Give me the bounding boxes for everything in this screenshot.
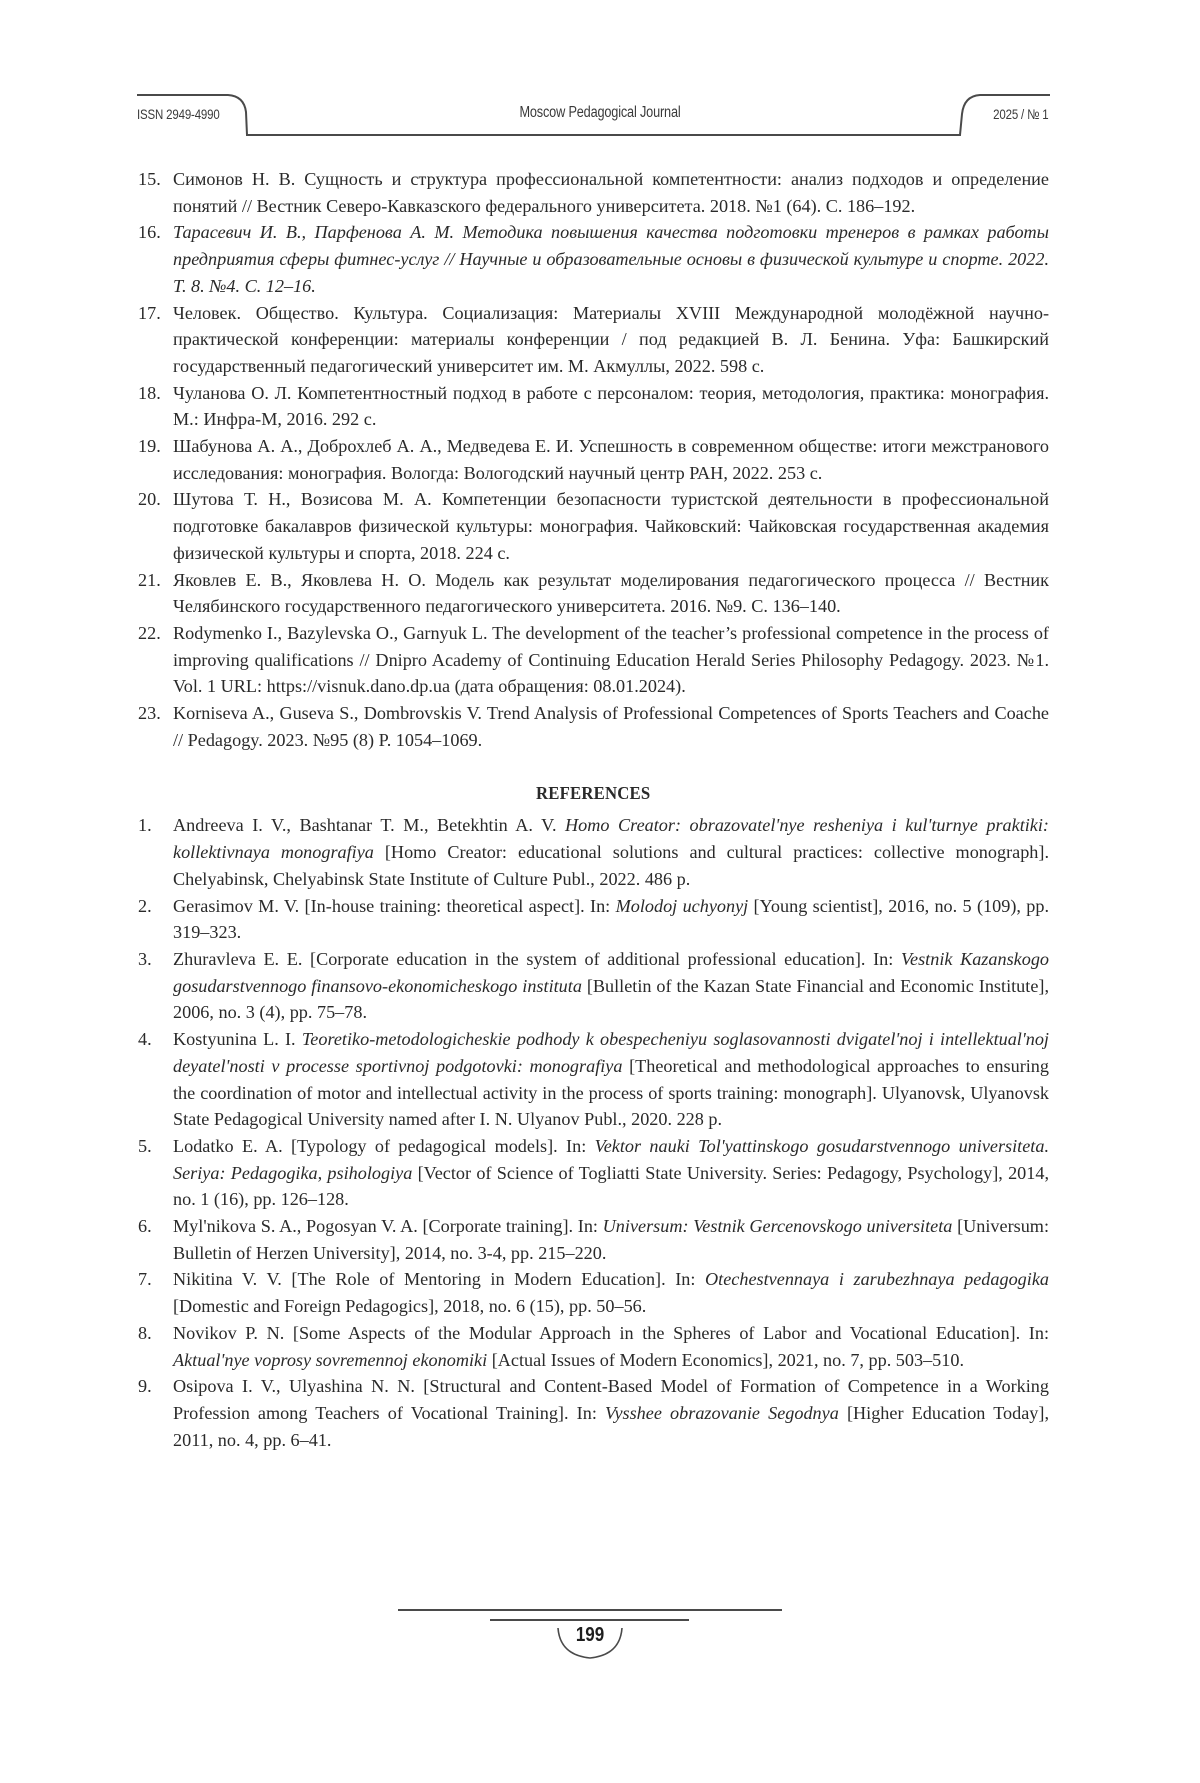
reference-number: 23.: [138, 700, 161, 727]
bibliography: 15.Симонов Н. В. Сущность и структура пр…: [138, 166, 1049, 1453]
reference-number: 21.: [138, 567, 161, 594]
bibliography-list-russian: 15.Симонов Н. В. Сущность и структура пр…: [138, 166, 1049, 753]
reference-number: 3.: [138, 946, 152, 973]
reference-text: Чуланова О. Л. Компетентностный подход в…: [173, 383, 1049, 430]
reference-item: 16.Тарасевич И. В., Парфенова А. М. Мето…: [138, 219, 1049, 299]
reference-title-italic: Vysshee obrazovanie Segodnya: [605, 1403, 839, 1423]
journal-title: Moscow Pedagogical Journal: [519, 104, 680, 122]
reference-text: Andreeva I. V., Bashtanar T. M., Betekht…: [173, 815, 565, 835]
reference-item: 7.Nikitina V. V. [The Role of Mentoring …: [138, 1266, 1049, 1319]
reference-text: Шутова Т. Н., Возисова М. А. Компетенции…: [173, 489, 1049, 562]
references-list-english: 1.Andreeva I. V., Bashtanar T. M., Betek…: [138, 812, 1049, 1453]
issue-label: 2025 / № 1: [994, 106, 1049, 122]
reference-text: Rodymenko I., Bazylevska O., Garnyuk L. …: [173, 623, 1049, 696]
reference-item: 22.Rodymenko I., Bazylevska O., Garnyuk …: [138, 620, 1049, 700]
reference-item: 3.Zhuravleva E. E. [Corporate education …: [138, 946, 1049, 1026]
references-heading: REFERENCES: [138, 774, 1049, 812]
header-rule: [0, 0, 1200, 160]
reference-number: 22.: [138, 620, 161, 647]
reference-item: 9.Osipova I. V., Ulyashina N. N. [Struct…: [138, 1373, 1049, 1453]
reference-item: 20.Шутова Т. Н., Возисова М. А. Компетен…: [138, 486, 1049, 566]
references-heading-text: REFERENCES: [536, 774, 650, 812]
journal-page: ISSN 2949-4990 Moscow Pedagogical Journa…: [0, 0, 1200, 1783]
reference-item: 4.Kostyunina L. I. Teoretiko-metodologic…: [138, 1026, 1049, 1133]
reference-title-italic: Тарасевич И. В., Парфенова А. М. Методик…: [173, 222, 1049, 295]
reference-item: 18.Чуланова О. Л. Компетентностный подхо…: [138, 380, 1049, 433]
reference-item: 8.Novikov P. N. [Some Aspects of the Mod…: [138, 1320, 1049, 1373]
reference-item: 2.Gerasimov M. V. [In-house training: th…: [138, 893, 1049, 946]
reference-text: Симонов Н. В. Сущность и структура профе…: [173, 169, 1049, 216]
reference-number: 20.: [138, 486, 161, 513]
reference-item: 15.Симонов Н. В. Сущность и структура пр…: [138, 166, 1049, 219]
reference-text: [Domestic and Foreign Pedagogics], 2018,…: [173, 1296, 646, 1316]
issn-label: ISSN 2949-4990: [137, 106, 220, 122]
reference-number: 15.: [138, 166, 161, 193]
reference-text: Zhuravleva E. E. [Corporate education in…: [173, 949, 901, 969]
reference-number: 7.: [138, 1266, 152, 1293]
page-number: 199: [576, 1624, 604, 1647]
reference-text: Myl'nikova S. A., Pogosyan V. A. [Corpor…: [173, 1216, 603, 1236]
reference-number: 9.: [138, 1373, 152, 1400]
reference-text: Kostyunina L. I.: [173, 1029, 302, 1049]
reference-number: 6.: [138, 1213, 152, 1240]
reference-item: 21.Яковлев Е. В., Яковлева Н. О. Модель …: [138, 567, 1049, 620]
reference-number: 18.: [138, 380, 161, 407]
reference-number: 4.: [138, 1026, 152, 1053]
reference-title-italic: Molodoj uchyonyj: [616, 896, 749, 916]
reference-text: Lodatko E. A. [Typology of pedagogical m…: [173, 1136, 595, 1156]
reference-item: 19.Шабунова А. А., Доброхлеб А. А., Медв…: [138, 433, 1049, 486]
reference-item: 17.Человек. Общество. Культура. Социализ…: [138, 300, 1049, 380]
reference-number: 5.: [138, 1133, 152, 1160]
reference-text: Шабунова А. А., Доброхлеб А. А., Медведе…: [173, 436, 1049, 483]
reference-number: 19.: [138, 433, 161, 460]
reference-number: 8.: [138, 1320, 152, 1347]
reference-title-italic: Universum: Vestnik Gercenovskogo univers…: [603, 1216, 953, 1236]
reference-text: Novikov P. N. [Some Aspects of the Modul…: [173, 1323, 1049, 1343]
reference-number: 17.: [138, 300, 161, 327]
reference-title-italic: Aktual'nye voprosy sovremennoj ekonomiki: [173, 1350, 487, 1370]
reference-text: [Actual Issues of Modern Economics], 202…: [487, 1350, 964, 1370]
reference-text: Nikitina V. V. [The Role of Mentoring in…: [173, 1269, 705, 1289]
reference-item: 23.Korniseva A., Guseva S., Dombrovskis …: [138, 700, 1049, 753]
reference-text: Gerasimov M. V. [In-house training: theo…: [173, 896, 616, 916]
reference-number: 2.: [138, 893, 152, 920]
reference-text: Человек. Общество. Культура. Социализаци…: [173, 303, 1049, 376]
reference-item: 6.Myl'nikova S. A., Pogosyan V. A. [Corp…: [138, 1213, 1049, 1266]
reference-item: 5.Lodatko E. A. [Typology of pedagogical…: [138, 1133, 1049, 1213]
reference-item: 1.Andreeva I. V., Bashtanar T. M., Betek…: [138, 812, 1049, 892]
reference-number: 1.: [138, 812, 152, 839]
reference-text: Korniseva A., Guseva S., Dombrovskis V. …: [173, 703, 1049, 750]
reference-title-italic: Otechestvennaya i zarubezhnaya pedagogik…: [705, 1269, 1049, 1289]
reference-text: Яковлев Е. В., Яковлева Н. О. Модель как…: [173, 570, 1049, 617]
reference-number: 16.: [138, 219, 161, 246]
